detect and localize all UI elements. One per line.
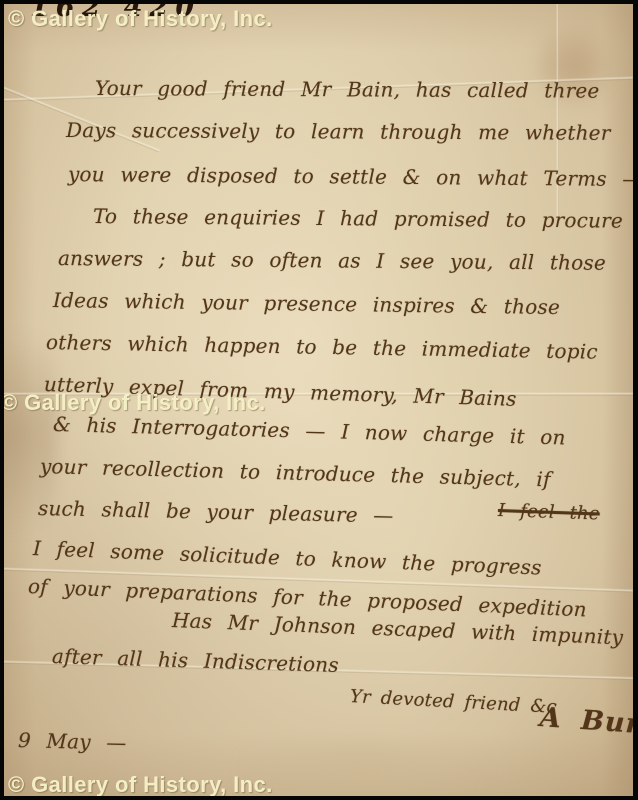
letter-photograph: 162 420 © Gallery of History, Inc. © Gal… [0,0,638,800]
manuscript-line: your recollection to introduce the subje… [40,454,551,491]
manuscript-line: you were disposed to settle & on what Te… [68,162,633,191]
gallery-watermark-middle: © Gallery of History, Inc. [4,390,266,416]
manuscript-line: Days successively to learn through me wh… [66,118,611,145]
date-notation: 9 May — [18,728,127,755]
signature: A Burr [539,702,633,741]
letter-closing: Yr devoted friend &c [349,686,557,718]
manuscript-line: Your good friend Mr Bain, has called thr… [95,76,600,103]
manuscript-line: To these enquiries I had promised to pro… [93,204,623,233]
struck-out-text: I feel the [498,500,600,525]
manuscript-line: such shall be your pleasure — [38,496,394,527]
manuscript-line: Ideas which your presence inspires & tho… [53,288,560,319]
gallery-watermark-bottom: © Gallery of History, Inc. [8,772,273,796]
manuscript-line: after all his Indiscretions [52,644,340,677]
gallery-watermark-top: © Gallery of History, Inc. [8,6,273,32]
manuscript-line: & his Interrogatories — I now charge it … [53,412,566,449]
manuscript-line: others which happen to be the immediate … [46,330,598,364]
manuscript-line: answers ; but so often as I see you, all… [58,246,606,275]
manuscript-paper: 162 420 © Gallery of History, Inc. © Gal… [4,4,633,796]
manuscript-line: I feel some solicitude to know the progr… [33,536,543,580]
